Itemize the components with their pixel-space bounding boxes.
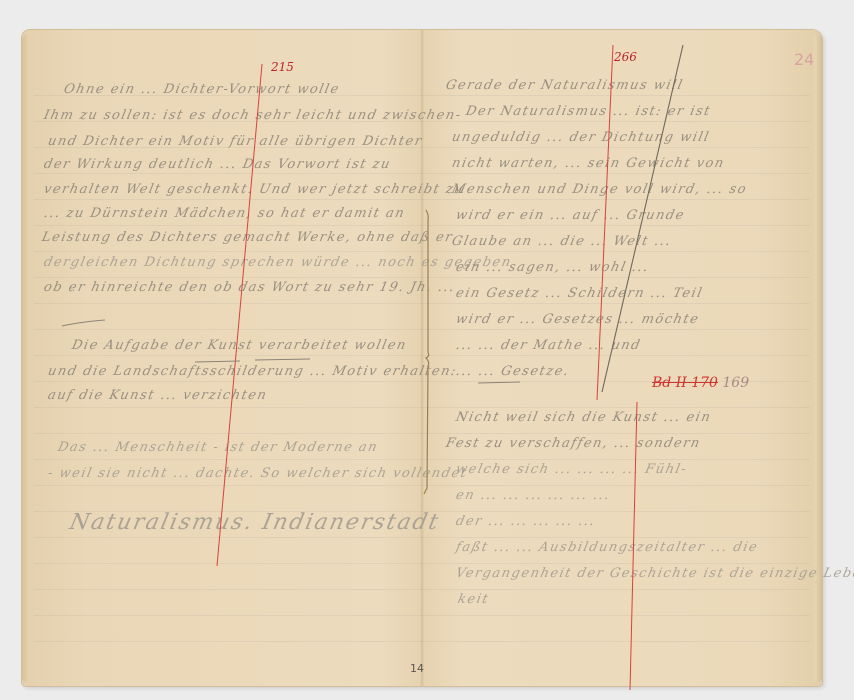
handwriting-line: ein Gesetz ... Schildern ... Teil	[454, 286, 704, 301]
handwriting-line: Glaube an ... die ... Welt ...	[450, 234, 673, 249]
notebook-spread: 215 Ohne ein ... Dichter-Vorwort wolle I…	[22, 30, 822, 686]
handwriting-line: Fest zu verschaffen, ... sondern	[444, 436, 702, 451]
handwriting-line: nicht warten, ... sein Gewicht von	[450, 156, 726, 171]
handwriting-line: Ohne ein ... Dichter-Vorwort wolle	[62, 82, 341, 97]
handwriting-line: - weil sie nicht ... dachte. So welcher …	[46, 466, 469, 481]
signature-mark: Bd II 170 169	[652, 375, 749, 391]
right-page: 266 24 Gerade der Naturalismus will Der …	[422, 30, 822, 686]
handwriting-line: der Wirkung deutlich ... Das Vorwort ist…	[42, 157, 392, 172]
handwriting-line: faßt ... ... Ausbildungszeitalter ... di…	[454, 540, 759, 555]
handwriting-line: Die Aufgabe der Kunst verarbeitet wollen	[70, 338, 408, 353]
right-page-red-number: 266	[614, 50, 637, 64]
handwriting-line: Gerade der Naturalismus will	[444, 78, 685, 93]
left-page-red-number: 215	[271, 60, 294, 74]
handwriting-line: Menschen und Dinge voll wird, ... so	[450, 182, 748, 197]
replacement-signature: 169	[722, 375, 749, 391]
handwriting-closing-line: Naturalismus. Indianerstadt	[67, 510, 442, 535]
handwriting-line: ... ... Gesetze.	[454, 364, 571, 379]
handwriting-line: keit	[456, 592, 490, 607]
handwriting-line: der ... ... ... ... ...	[454, 514, 597, 529]
handwriting-line: ob er hinreichte den ob das Wort zu sehr…	[42, 280, 456, 295]
handwriting-line: wird er ... Gesetzes ... möchte	[454, 312, 700, 327]
corner-page-number: 24	[794, 50, 814, 69]
handwriting-line: Leistung des Dichters gemacht Werke, ohn…	[40, 230, 454, 245]
handwriting-line: Ihm zu sollen: ist es doch sehr leicht u…	[42, 108, 463, 123]
handwriting-line: ... zu Dürnstein Mädchen, so hat er dami…	[42, 206, 406, 221]
handwriting-line: ungeduldig ... der Dichtung will	[450, 130, 711, 145]
handwriting-line: ... ... der Mathe ... und	[454, 338, 642, 353]
handwriting-line: en ... ... ... ... ... ...	[454, 488, 611, 503]
handwriting-line: Das ... Menschheit - ist der Moderne an	[56, 440, 379, 455]
handwriting-line: Der Naturalismus ... ist: er ist	[464, 104, 712, 119]
left-page: 215 Ohne ein ... Dichter-Vorwort wolle I…	[22, 30, 422, 686]
handwriting-line: auf die Kunst ... verzichten	[46, 388, 269, 403]
handwriting-line: ein ... sagen, ... wohl ...	[454, 260, 650, 275]
handwriting-line: wird er ein ... auf ... Grunde	[454, 208, 686, 223]
struck-signature: Bd II 170	[652, 375, 718, 391]
handwriting-line: und die Landschaftsschilderung ... Motiv…	[46, 364, 458, 379]
handwriting-line: Nicht weil sich die Kunst ... ein	[454, 410, 712, 425]
handwriting-line: welche sich ... ... ... ... Fühl-	[454, 462, 688, 477]
handwriting-line: Vergangenheit der Geschichte ist die ein…	[454, 566, 854, 581]
handwriting-line: und Dichter ein Motiv für alle übrigen D…	[46, 134, 424, 149]
handwriting-line: verhalten Welt geschenkt. Und wer jetzt …	[42, 182, 465, 197]
